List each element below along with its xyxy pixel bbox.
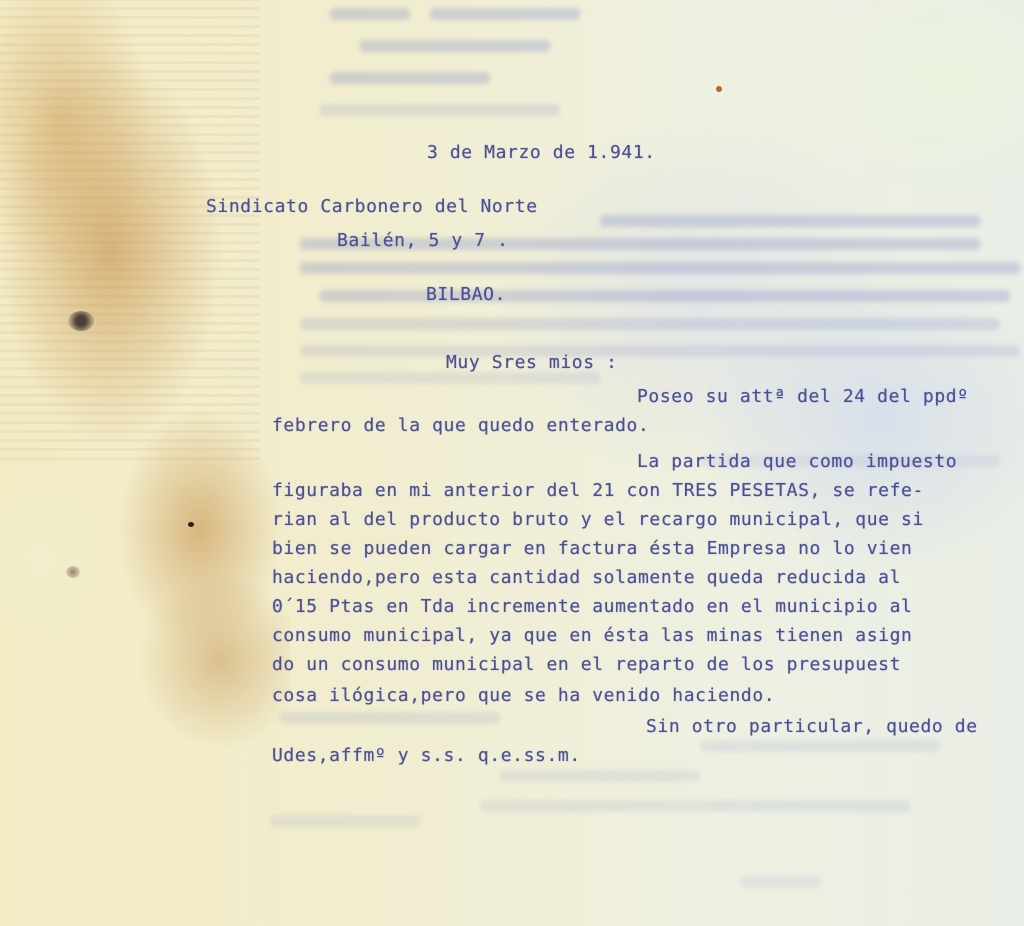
- recipient-city: BILBAO.: [426, 284, 506, 305]
- salutation: Muy Sres mios :: [446, 352, 618, 373]
- body-line: haciendo,pero esta cantidad solamente qu…: [272, 567, 901, 588]
- body-line: 0´15 Ptas en Tda incremente aumentado en…: [272, 596, 912, 617]
- body-line: rian al del producto bruto y el recargo …: [272, 509, 924, 530]
- body-line: La partida que como impuesto: [637, 451, 957, 472]
- body-line: do un consumo municipal en el reparto de…: [272, 654, 901, 675]
- body-line: bien se pueden cargar en factura ésta Em…: [272, 538, 912, 559]
- typewritten-letter: 3 de Marzo de 1.941. Sindicato Carbonero…: [0, 0, 1024, 926]
- body-line: consumo municipal, ya que en ésta las mi…: [272, 625, 912, 646]
- body-line: cosa ilógica,pero que se ha venido hacie…: [272, 685, 775, 706]
- letter-date: 3 de Marzo de 1.941.: [427, 142, 656, 163]
- recipient-name: Sindicato Carbonero del Norte: [206, 196, 538, 217]
- recipient-address: Bailén, 5 y 7 .: [337, 230, 509, 251]
- body-line: Poseo su attª del 24 del ppdº: [637, 386, 969, 407]
- body-line: febrero de la que quedo enterado.: [272, 415, 649, 436]
- body-line: figuraba en mi anterior del 21 con TRES …: [272, 480, 924, 501]
- closing-formula: Udes,affmº y s.s. q.e.ss.m.: [272, 745, 581, 766]
- closing-line: Sin otro particular, quedo de: [646, 716, 978, 737]
